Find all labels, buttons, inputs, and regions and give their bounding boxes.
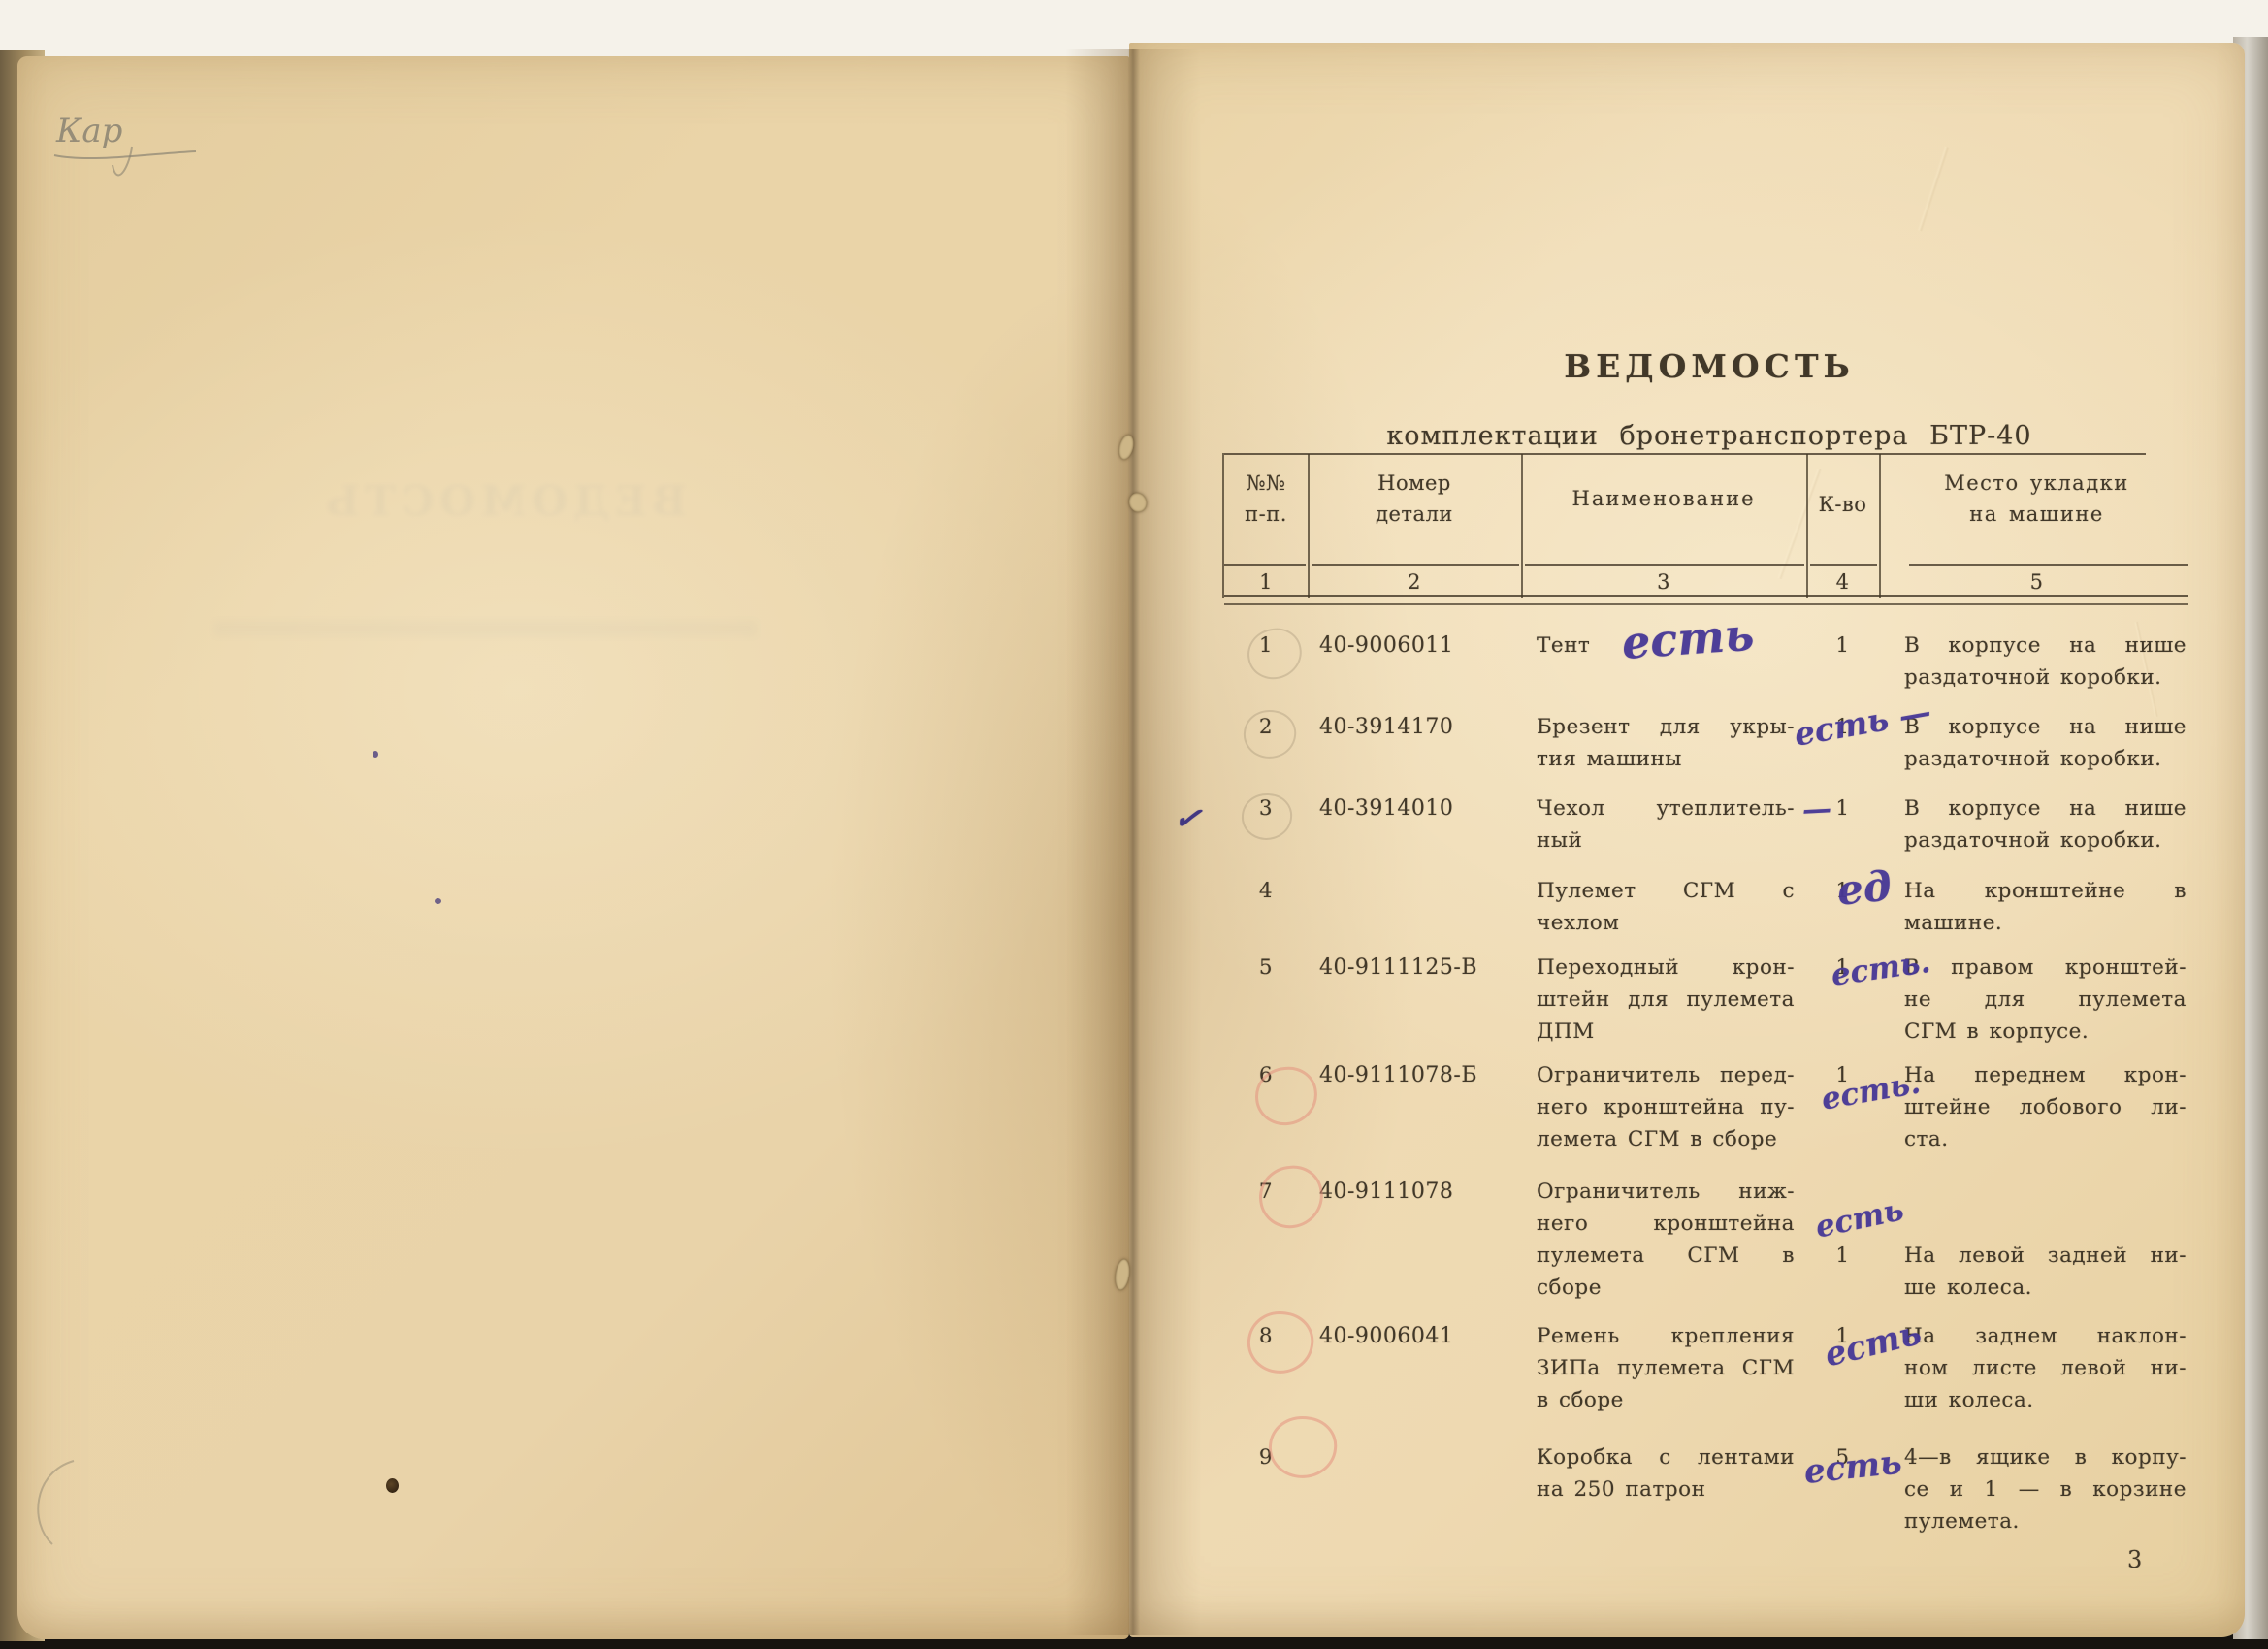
- stowage-location-line: В корпусе на нише: [1904, 792, 2187, 824]
- column-number-1: 1: [1224, 570, 1308, 594]
- quantity: 1: [1806, 630, 1879, 662]
- stowage-location-line: На левой задней ни-: [1904, 1240, 2187, 1272]
- header-col-location-line1: Место укладки: [1879, 468, 2194, 499]
- item-name-line: Ремень крепления: [1537, 1320, 1795, 1352]
- stowage-location-line: штейне лобового ли-: [1904, 1091, 2187, 1123]
- item-name-line: на 250 патрон: [1537, 1473, 1795, 1505]
- row-index: 5: [1224, 952, 1308, 984]
- table-row: 4Пулемет СГМ счехлом1На кронштейне вмаши…: [1224, 875, 2194, 939]
- handwritten-note: —: [1801, 792, 1832, 827]
- stowage-location-line: раздаточной коробки.: [1904, 743, 2187, 775]
- document-title: ВЕДОМОСТЬ: [1224, 347, 2194, 385]
- item-name-line: пулемета СГМ в: [1537, 1240, 1795, 1272]
- part-number: 40-3914170: [1308, 711, 1521, 743]
- item-name-line: ный: [1537, 824, 1795, 857]
- stowage-location-line: пулемета.: [1904, 1505, 2187, 1537]
- column-number-4: 4: [1806, 570, 1879, 594]
- item-name-line: Чехол утеплитель-: [1537, 792, 1795, 824]
- stowage-location-line: В корпусе на нише: [1904, 711, 2187, 743]
- item-name-line: сборе: [1537, 1272, 1795, 1304]
- stowage-location-line: СГМ в корпусе.: [1904, 1016, 2187, 1048]
- header-col-location: Место укладки на машине: [1879, 468, 2194, 530]
- paper-hole: [386, 1478, 399, 1493]
- item-name-line: Брезент для укры-: [1537, 711, 1795, 743]
- margin-checkmark: ✓: [1171, 797, 1204, 840]
- item-name-line: в сборе: [1537, 1384, 1795, 1416]
- column-number-2: 2: [1308, 570, 1521, 594]
- stowage-location-line: 4—в ящике в корпу-: [1904, 1441, 2187, 1473]
- part-number: 40-9111078: [1308, 1176, 1521, 1208]
- stowage-location-line: На переднем крон-: [1904, 1059, 2187, 1091]
- quantity: 1: [1806, 1240, 1879, 1272]
- item-name-line: штейн для пулемета: [1537, 984, 1795, 1016]
- table-row: 640-9111078-БОграничитель перед-него кро…: [1224, 1059, 2194, 1155]
- document-subtitle: комплектации бронетранспортера БТР-40: [1224, 421, 2194, 451]
- page-number: 3: [2127, 1546, 2143, 1573]
- stowage-location-line: машине.: [1904, 907, 2187, 939]
- item-name-line: Переходный крон-: [1537, 952, 1795, 984]
- header-col-part-number: Номер детали: [1308, 468, 1521, 530]
- stowage-location-line: раздаточной коробки.: [1904, 662, 2187, 694]
- header-col-quantity: К-во: [1806, 489, 1879, 520]
- stowage-location: В корпусе на нишераздаточной коробки.: [1879, 792, 2194, 857]
- stowage-location-line: В правом кронштей-: [1904, 952, 2187, 984]
- stowage-location-line: На заднем наклон-: [1904, 1320, 2187, 1352]
- stowage-location-line: ста.: [1904, 1123, 2187, 1155]
- stowage-location-line: ном листе левой ни-: [1904, 1352, 2187, 1384]
- header-col-index: №№ п-п.: [1224, 468, 1308, 530]
- column-number-3: 3: [1521, 570, 1806, 594]
- left-page: [17, 56, 1129, 1639]
- header-underline-c4: [1810, 564, 1877, 566]
- stowage-location-line: се и 1 — в корзине: [1904, 1473, 2187, 1505]
- table-row: 840-9006041Ремень крепленияЗИПа пулемета…: [1224, 1320, 2194, 1416]
- pencil-note-top-left: Кар: [49, 101, 213, 194]
- table-top-border: [1224, 453, 2146, 455]
- header-underline-c1: [1224, 564, 1306, 566]
- stowage-location: 4—в ящике в корпу-се и 1 — в корзинепуле…: [1879, 1441, 2194, 1537]
- stowage-location: На кронштейне вмашине.: [1879, 875, 2194, 939]
- table-row: 240-3914170Брезент для укры-тия машины1В…: [1224, 711, 2194, 775]
- handwritten-note: есть: [1620, 608, 1756, 669]
- header-col-location-line2: на машине: [1879, 499, 2194, 530]
- item-name-line: Коробка с лентами: [1537, 1441, 1795, 1473]
- header-col-part-line2: детали: [1308, 499, 1521, 530]
- part-number: 40-9111125-В: [1308, 952, 1521, 984]
- item-name: Ограничитель ниж-него кронштейнапулемета…: [1521, 1176, 1806, 1304]
- item-name: Ограничитель перед-него кронштейна пу-ле…: [1521, 1059, 1806, 1155]
- stowage-location: На переднем крон-штейне лобового ли-ста.: [1879, 1059, 2194, 1155]
- stowage-location: На левой задней ни-ше колеса.: [1879, 1240, 2194, 1304]
- part-number: 40-3914010: [1308, 792, 1521, 824]
- table-row: 9Коробка с лентамина 250 патрон54—в ящик…: [1224, 1441, 2194, 1537]
- item-name-line: Ограничитель ниж-: [1537, 1176, 1795, 1208]
- item-name: Коробка с лентамина 250 патрон: [1521, 1441, 1806, 1505]
- part-number: 40-9006041: [1308, 1320, 1521, 1352]
- stowage-location: На заднем наклон-ном листе левой ни-ши к…: [1879, 1320, 2194, 1416]
- row-index: 4: [1224, 875, 1308, 907]
- item-name: Переходный крон-штейн для пулеметаДПМ: [1521, 952, 1806, 1048]
- item-name-line: Ограничитель перед-: [1537, 1059, 1795, 1091]
- stowage-location-line: ше колеса.: [1904, 1272, 2187, 1304]
- header-underline-c2: [1312, 564, 1519, 566]
- header-underline-c3: [1525, 564, 1804, 566]
- bleedthrough-ghost-text: ВЕДОМОСТЬ: [320, 477, 687, 525]
- table-row: 340-3914010Чехол утеплитель-ный1В корпус…: [1224, 792, 2194, 857]
- stowage-location-line: ши колеса.: [1904, 1384, 2187, 1416]
- table-row: 540-9111125-ВПереходный крон-штейн для п…: [1224, 952, 2194, 1048]
- item-name: Ремень крепленияЗИПа пулемета СГМв сборе: [1521, 1320, 1806, 1416]
- item-name-line: ДПМ: [1537, 1016, 1795, 1048]
- ink-speck: [435, 898, 441, 904]
- table-row: 740-9111078Ограничитель ниж-него кронште…: [1224, 1176, 2194, 1304]
- stowage-location-line: На кронштейне в: [1904, 875, 2187, 907]
- item-name-line: ЗИПа пулемета СГМ: [1537, 1352, 1795, 1384]
- item-name: Чехол утеплитель-ный: [1521, 792, 1806, 857]
- column-number-5: 5: [1879, 570, 2194, 594]
- part-number: 40-9111078-Б: [1308, 1059, 1521, 1091]
- stowage-location-line: В корпусе на нише: [1904, 630, 2187, 662]
- header-col-index-line1: №№: [1224, 468, 1308, 499]
- item-name: Брезент для укры-тия машины: [1521, 711, 1806, 775]
- part-number: 40-9006011: [1308, 630, 1521, 662]
- item-name-line: чехлом: [1537, 907, 1795, 939]
- stowage-location: В корпусе на нишераздаточной коробки.: [1879, 630, 2194, 694]
- item-name-line: него кронштейна: [1537, 1208, 1795, 1240]
- item-name: Пулемет СГМ счехлом: [1521, 875, 1806, 939]
- pencil-scratch-bottom-left: [12, 1451, 99, 1558]
- header-col-part-line1: Номер: [1308, 468, 1521, 499]
- item-name-line: лемета СГМ в сборе: [1537, 1123, 1795, 1155]
- stowage-location-line: не для пулемета: [1904, 984, 2187, 1016]
- header-col-name: Наименование: [1521, 483, 1806, 514]
- handwritten-note: ед: [1834, 861, 1894, 915]
- stowage-location-line: раздаточной коробки.: [1904, 824, 2187, 857]
- header-col-index-line2: п-п.: [1224, 499, 1308, 530]
- header-underline-c5: [1909, 564, 2188, 566]
- book-gutter-fold: [1065, 48, 1201, 1635]
- item-name-line: него кронштейна пу-: [1537, 1091, 1795, 1123]
- table-double-rule: [1224, 595, 2188, 605]
- bleedthrough-ghost-line: [213, 621, 757, 636]
- ink-speck: [373, 751, 378, 758]
- pencil-note-text: Кар: [55, 112, 122, 150]
- item-name-line: Пулемет СГМ с: [1537, 875, 1795, 907]
- item-name-line: тия машины: [1537, 743, 1795, 775]
